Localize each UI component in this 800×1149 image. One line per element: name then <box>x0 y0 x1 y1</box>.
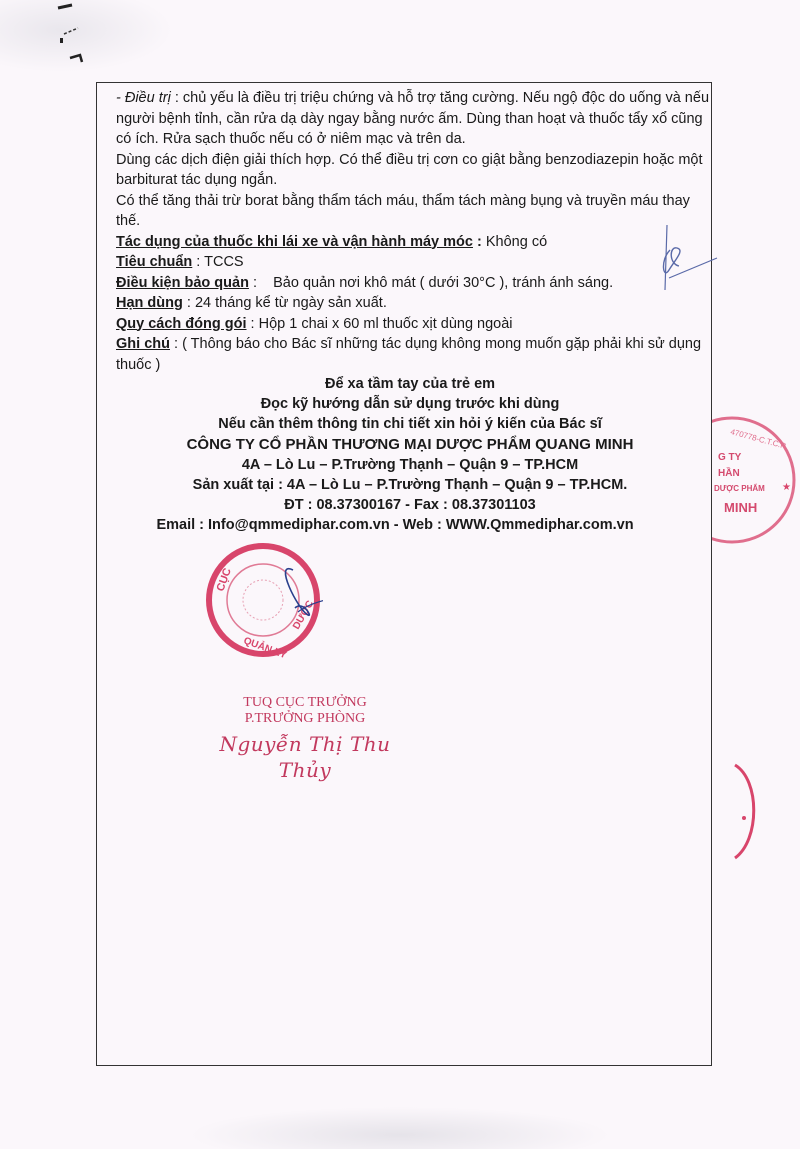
treatment-line-3: Có thể tăng thải trừ borat bằng thẩm tác… <box>116 191 712 232</box>
stamp-line-2: HẦN <box>718 468 740 479</box>
document-body: - Điều trị : chủ yếu là điều trị triệu c… <box>116 88 712 375</box>
email-web: Email : Info@qmmediphar.com.vn - Web : W… <box>100 515 690 535</box>
phone-fax: ĐT : 08.37300167 - Fax : 08.37301103 <box>130 495 690 515</box>
treatment-paragraph: - Điều trị : chủ yếu là điều trị triệu c… <box>116 88 712 150</box>
field-note: Ghi chú : ( Thông báo cho Bác sĩ những t… <box>116 334 712 375</box>
treatment-label: - Điều trị <box>116 90 171 106</box>
signatory-title-2: P.TRƯỞNG PHÒNG <box>215 711 395 727</box>
field-packaging: Quy cách đóng gói : Hộp 1 chai x 60 ml t… <box>116 314 712 335</box>
official-stamp: CỤC QUẢN LÝ DƯỢC <box>203 540 323 660</box>
field-expiry: Hạn dùng : 24 tháng kể từ ngày sản xuất. <box>116 293 712 314</box>
stamp-line-3: DƯỢC PHẨM <box>714 484 765 493</box>
company-stamp-ring: 470778-C.T.C.P ★ <box>712 410 800 550</box>
stamp-line-4: MINH <box>724 500 757 515</box>
manufacture-address: Sản xuất tại : 4A – Lò Lu – P.Trường Thạ… <box>130 475 690 495</box>
company-address: 4A – Lò Lu – P.Trường Thạnh – Quận 9 – T… <box>130 455 690 475</box>
svg-text:★: ★ <box>782 482 791 493</box>
signatory-title-1: TUQ CỤC TRƯỞNG <box>215 695 395 711</box>
field-standard: Tiêu chuẩn : TCCS <box>116 252 712 273</box>
manufacturer-block: Để xa tầm tay của trẻ em Đọc kỹ hướng dẫ… <box>130 374 690 536</box>
partial-stamp-arc <box>730 760 770 860</box>
company-stamp: 470778-C.T.C.P ★ G TY HẦN DƯỢC PHẨM MINH <box>712 410 800 550</box>
signatory-name: Nguyễn Thị Thu Thủy <box>215 731 395 783</box>
notice-read-instructions: Đọc kỹ hướng dẫn sử dụng trước khi dùng <box>130 394 690 414</box>
scan-artifact-marks <box>30 0 90 70</box>
treatment-line-2: Dùng các dịch điện giải thích hợp. Có th… <box>116 150 712 191</box>
signatory-block: TUQ CỤC TRƯỞNG P.TRƯỞNG PHÒNG Nguyễn Thị… <box>215 695 395 783</box>
field-storage: Điều kiện bảo quản : Bảo quản nơi khô má… <box>116 273 712 294</box>
initials-signature <box>655 220 735 300</box>
notice-consult-doctor: Nếu cần thêm thông tin chi tiết xin hỏi … <box>130 414 690 434</box>
field-driving-effect: Tác dụng của thuốc khi lái xe và vận hàn… <box>116 232 712 253</box>
svg-text:470778-C.T.C.P: 470778-C.T.C.P <box>729 427 786 450</box>
notice-children: Để xa tầm tay của trẻ em <box>130 374 690 394</box>
stamp-line-1: G TY <box>718 452 741 463</box>
company-name: CÔNG TY CỔ PHẦN THƯƠNG MẠI DƯỢC PHẨM QUA… <box>130 435 690 455</box>
treatment-text: : chủ yếu là điều trị triệu chứng và hỗ … <box>116 90 709 147</box>
